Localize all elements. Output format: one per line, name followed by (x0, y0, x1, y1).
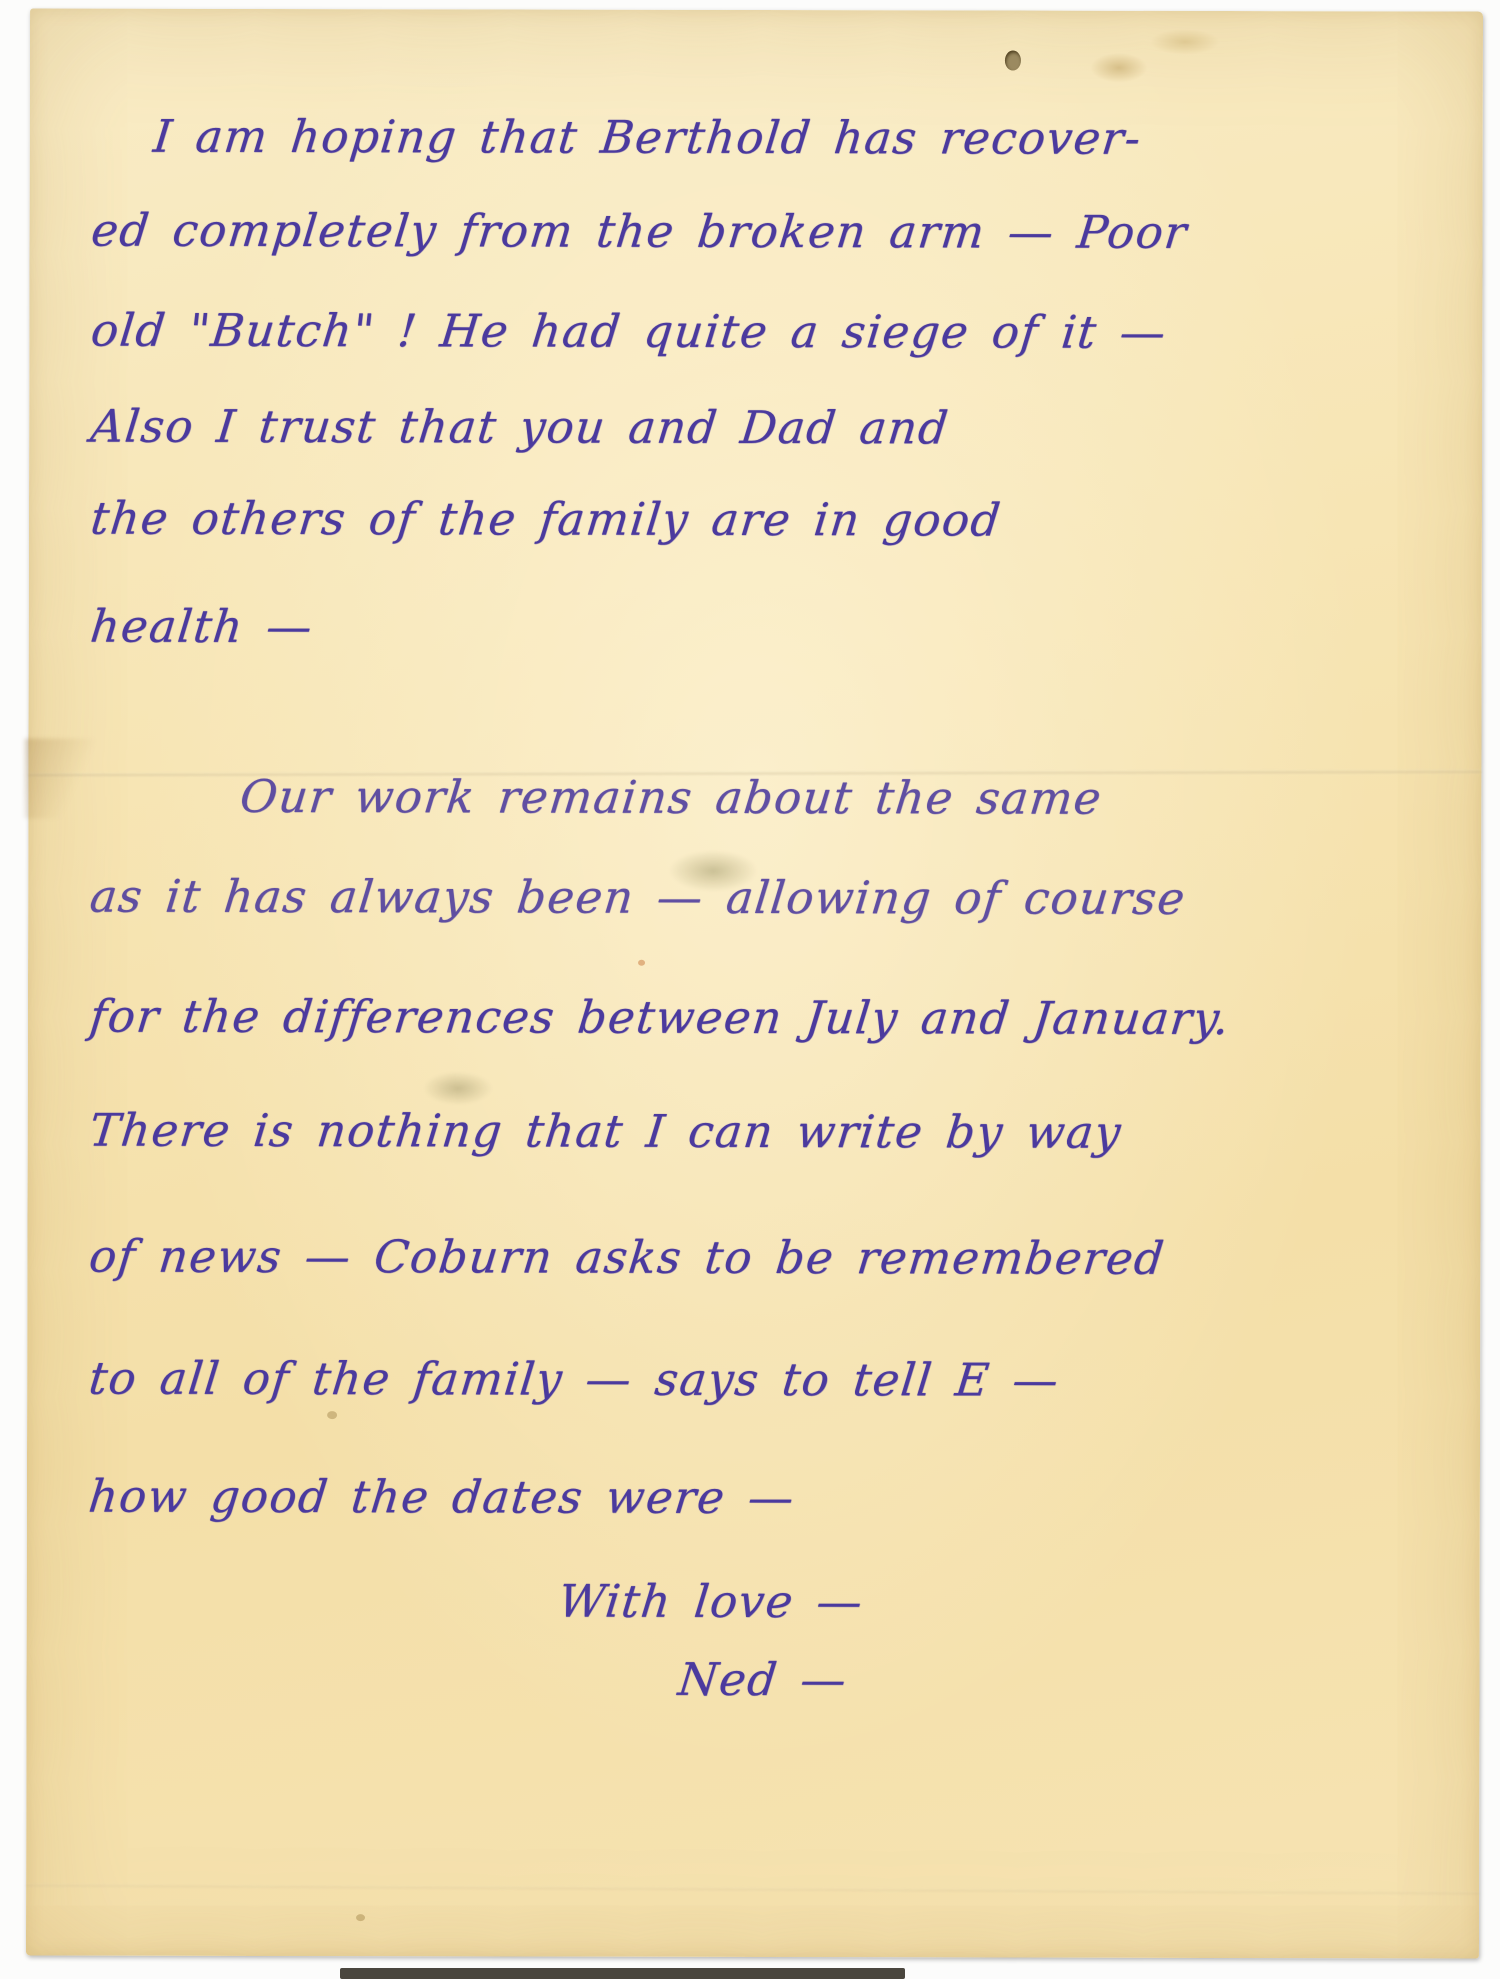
letter-line: of news — Coburn asks to be remembered (86, 1227, 1429, 1290)
letter-line: for the differences between July and Jan… (87, 987, 1430, 1050)
paper-stain (1090, 53, 1148, 83)
paper-stain (1150, 29, 1220, 55)
scan-edge-artifact (340, 1968, 905, 1979)
letter-signature: Ned — (85, 1649, 1500, 1713)
letter-line: old "Butch" ! He had quite a siege of it… (88, 301, 1431, 364)
letter-line: to all of the family — says to tell E — (86, 1349, 1429, 1412)
paper-fleck (638, 960, 645, 966)
letter-line: as it has always been — allowing of cour… (87, 867, 1430, 930)
letter-line: health — (88, 597, 1431, 660)
letter-line: I am hoping that Berthold has recover- (89, 107, 1494, 170)
letter-closing: With love — (85, 1571, 1500, 1635)
letter-line: Our work remains about the same (87, 767, 1500, 830)
paper-fleck (356, 1914, 365, 1921)
letter-line: ed completely from the broken arm — Poor (88, 201, 1431, 264)
letter-line: how good the dates were — (86, 1467, 1429, 1530)
letter-line: There is nothing that I can write by way (86, 1101, 1429, 1164)
letter-line: the others of the family are in good (88, 489, 1431, 552)
fold-crease (26, 1884, 1479, 1895)
edge-crease (24, 738, 94, 818)
paper-fleck (327, 1411, 337, 1419)
paper-hole (1005, 51, 1021, 71)
letter-line: Also I trust that you and Dad and (88, 397, 1431, 460)
letter-page: I am hoping that Berthold has recover- e… (26, 8, 1483, 1958)
